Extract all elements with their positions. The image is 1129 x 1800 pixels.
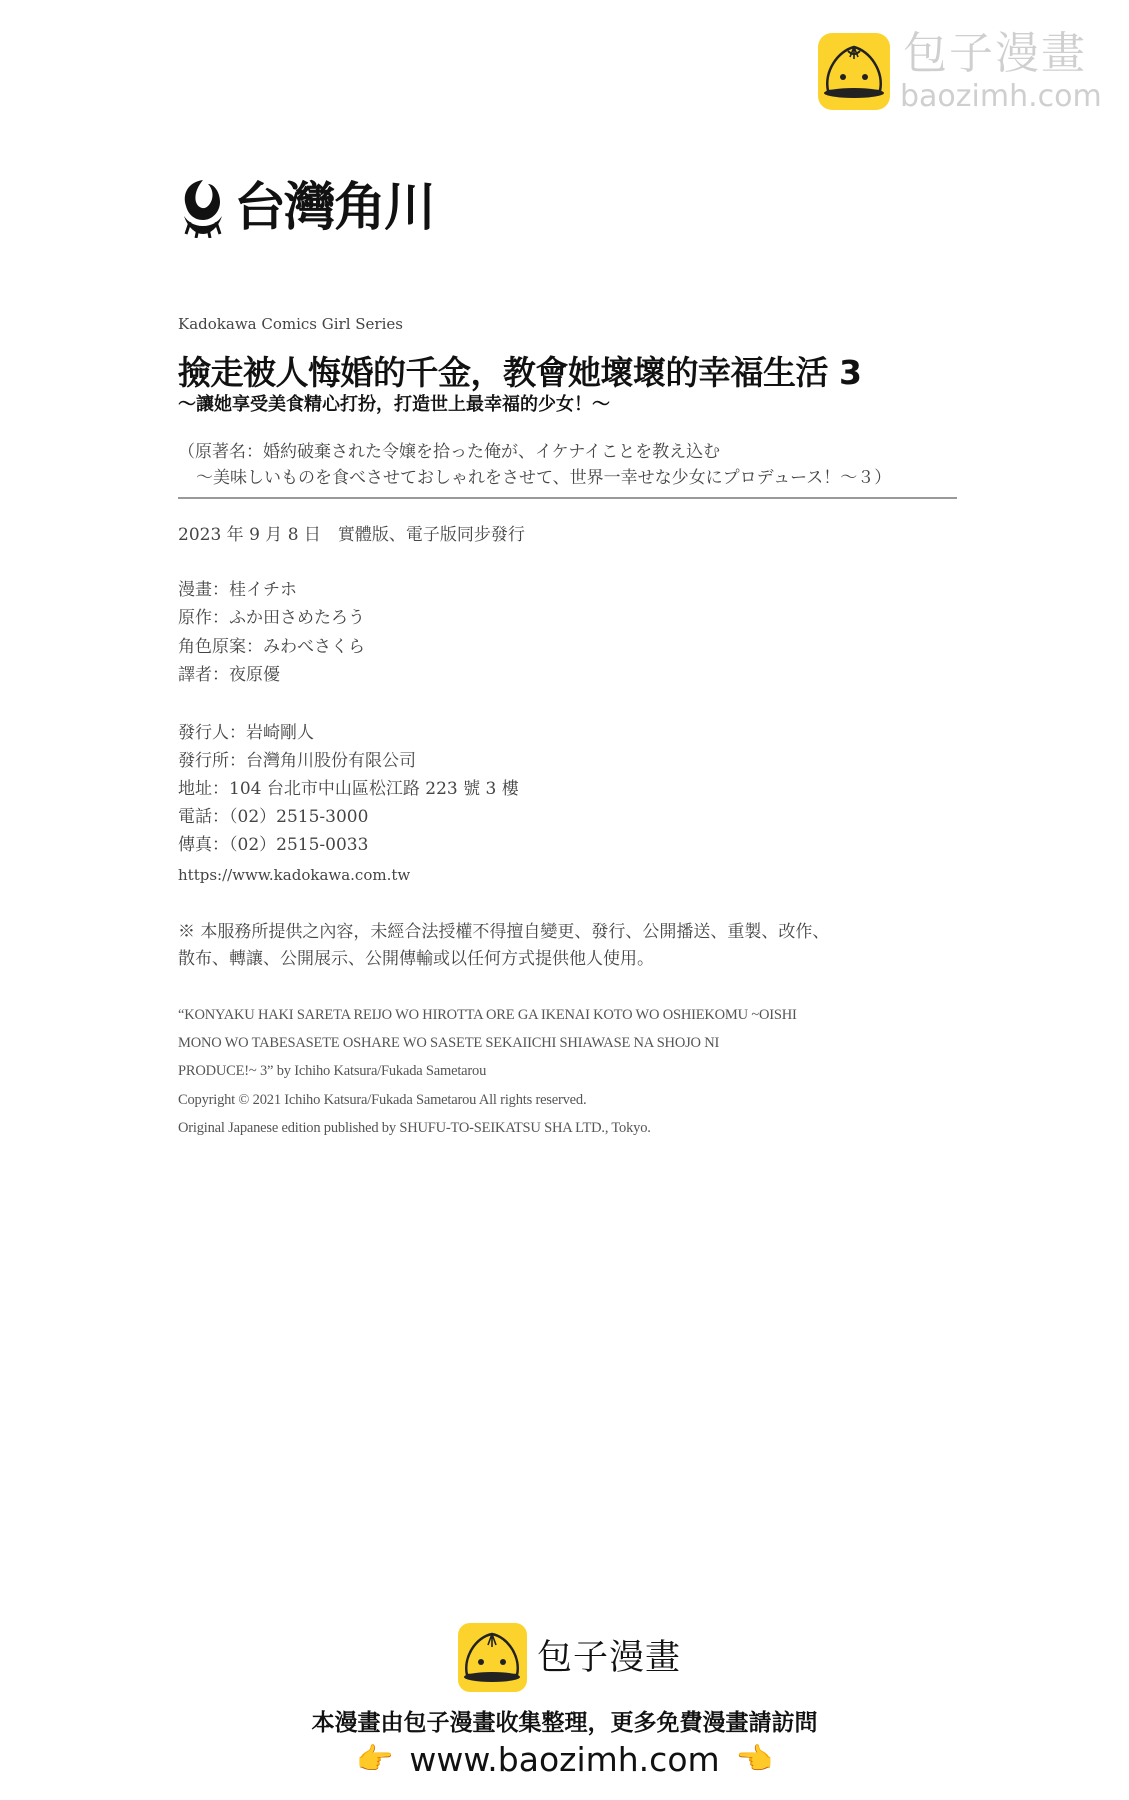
release-date: 2023 年 9 月 8 日 實體版、電子版同步發行 [178,523,525,547]
divider [178,497,957,499]
publisher-logo-text: 台灣角川 [234,178,434,238]
publisher-phone: 電話：（02）2515-3000 [178,805,368,829]
footer-url-row: 👉 www.baozimh.com 👈 [0,1740,1129,1780]
publisher-website[interactable]: https://www.kadokawa.com.tw [178,863,410,887]
publisher-fax: 傳真：（02）2515-0033 [178,833,368,857]
publisher-address: 地址：104 台北市中山區松江路 223 號 3 樓 [178,777,519,801]
publisher-company: 發行所：台灣角川股份有限公司 [178,749,416,773]
english-credit-line-2: MONO WO TABESASETE OSHARE WO SASETE SEKA… [178,1033,719,1053]
original-title-line-1: （原著名：婚約破棄された令嬢を拾った俺が、イケナイことを教え込む [178,440,720,464]
publisher-person: 發行人：岩崎剛人 [178,721,314,745]
book-subtitle: ～讓她享受美食精心打扮，打造世上最幸福的少女！～ [178,393,610,417]
pointing-left-icon: 👈 [736,1740,773,1780]
english-original-publisher: Original Japanese edition published by S… [178,1118,651,1138]
original-title-line-2: ～美味しいものを食べさせておしゃれをさせて、世界一幸せな少女にプロデュース！～３… [196,466,891,490]
baozi-footer-logo-icon [458,1623,527,1692]
phoenix-emblem-icon [178,176,228,238]
series-name: Kadokawa Comics Girl Series [178,314,403,334]
pointing-right-icon: 👉 [356,1740,393,1780]
credit-original: 原作：ふか田さめたろう [178,606,365,630]
copyright-notice-line-1: ※ 本服務所提供之內容，未經合法授權不得擅自變更、發行、公開播送、重製、改作、 [178,920,829,944]
english-credit-line-1: “KONYAKU HAKI SARETA REIJO WO HIROTTA OR… [178,1005,797,1025]
copyright-notice-line-2: 散布、轉讓、公開展示、公開傳輸或以任何方式提供他人使用。 [178,947,654,971]
footer-promo-message: 本漫畫由包子漫畫收集整理，更多免費漫畫請訪問 [0,1708,1129,1738]
credit-character-design: 角色原案：みわべさくら [178,635,365,659]
watermark-url[interactable]: baozimh.com [900,80,1102,114]
english-credit-line-3: PRODUCE!~ 3” by Ichiho Katsura/Fukada Sa… [178,1061,486,1081]
credit-manga: 漫畫：桂イチホ [178,578,297,602]
watermark-title: 包子漫畫 [903,28,1087,80]
baozi-logo-icon [818,33,890,110]
footer-url-link[interactable]: www.baozimh.com [409,1740,719,1780]
credit-translator: 譯者：夜原優 [178,663,280,687]
footer-brand-title: 包子漫畫 [537,1636,681,1680]
book-title: 撿走被人悔婚的千金，教會她壞壞的幸福生活 3 [178,352,861,394]
english-copyright: Copyright © 2021 Ichiho Katsura/Fukada S… [178,1090,586,1110]
